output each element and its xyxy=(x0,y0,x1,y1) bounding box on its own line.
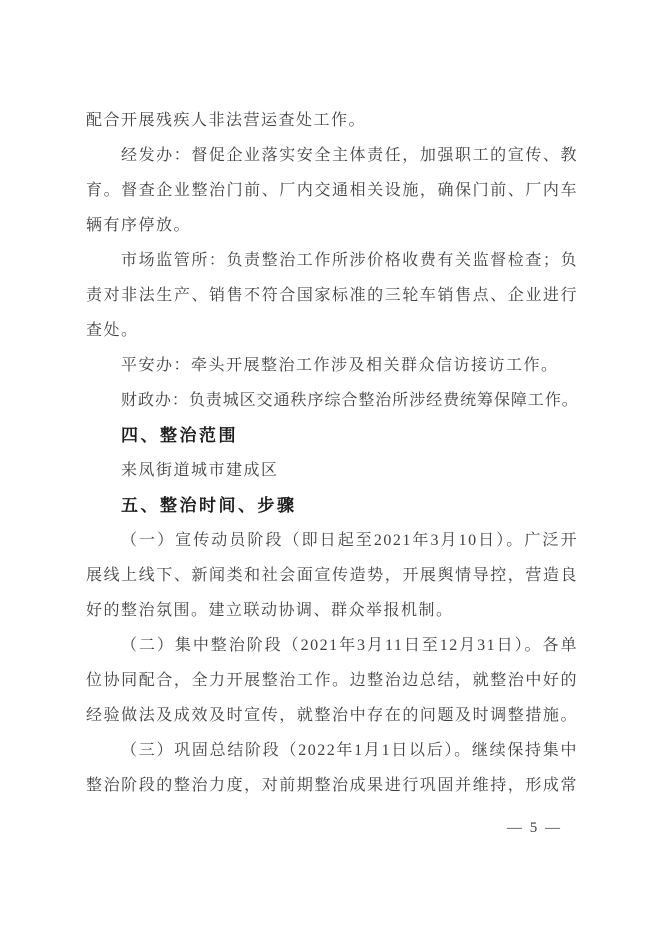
text-line: 展线上线下、新闻类和社会面宣传造势，开展舆情导控，营造良 xyxy=(86,558,578,593)
section-heading-4: 四、整治范围 xyxy=(86,418,578,453)
page-number: — 5 — xyxy=(507,818,562,838)
text-line: 位协同配合，全力开展整治工作。边整治边总结，就整治中好的 xyxy=(86,663,578,698)
text-line: 责对非法生产、销售不符合国家标准的三轮车销售点、企业进行 xyxy=(86,278,578,313)
text-line: （二）集中整治阶段（2021年3月11日至12月31日）。各单 xyxy=(86,628,578,663)
text-line: （一）宣传动员阶段（即日起至2021年3月10日）。广泛开 xyxy=(86,523,578,558)
text-line: 整治阶段的整治力度，对前期整治成果进行巩固并维持，形成常 xyxy=(86,768,578,803)
document-page: 配合开展残疾人非法营运查处工作。 经发办：督促企业落实安全主体责任，加强职工的宣… xyxy=(0,0,662,936)
text-line: 市场监管所：负责整治工作所涉价格收费有关监督检查；负 xyxy=(86,243,578,278)
text-line: 经发办：督促企业落实安全主体责任，加强职工的宣传、教 xyxy=(86,138,578,173)
text-line: 经验做法及成效及时宣传，就整治中存在的问题及时调整措施。 xyxy=(86,698,578,733)
text-line: 配合开展残疾人非法营运查处工作。 xyxy=(86,103,578,138)
text-line: 平安办：牵头开展整治工作涉及相关群众信访接访工作。 xyxy=(86,348,578,383)
text-line: 来凤街道城市建成区 xyxy=(86,453,578,488)
text-line: 辆有序停放。 xyxy=(86,208,578,243)
text-line: 好的整治氛围。建立联动协调、群众举报机制。 xyxy=(86,593,578,628)
text-line: 查处。 xyxy=(86,313,578,348)
document-body: 配合开展残疾人非法营运查处工作。 经发办：督促企业落实安全主体责任，加强职工的宣… xyxy=(86,103,578,803)
text-line: 育。督查企业整治门前、厂内交通相关设施，确保门前、厂内车 xyxy=(86,173,578,208)
section-heading-5: 五、整治时间、步骤 xyxy=(86,488,578,523)
text-line: 财政办：负责城区交通秩序综合整治所涉经费统筹保障工作。 xyxy=(86,383,578,418)
text-line: （三）巩固总结阶段（2022年1月1日以后）。继续保持集中 xyxy=(86,733,578,768)
